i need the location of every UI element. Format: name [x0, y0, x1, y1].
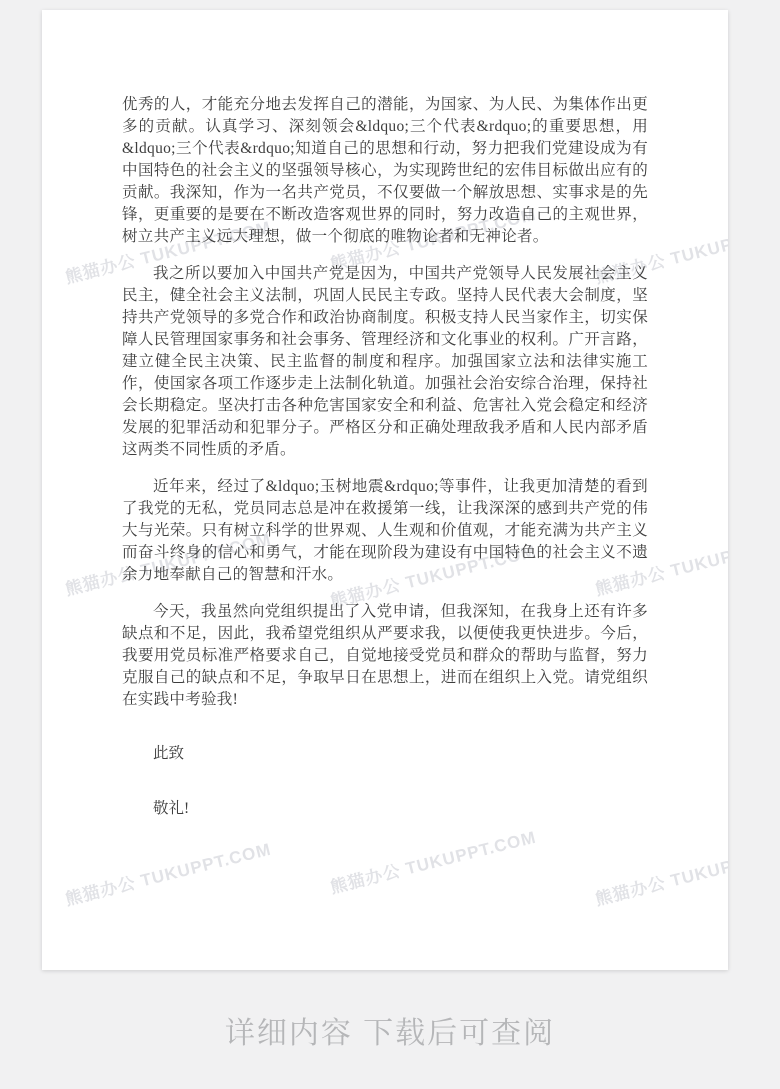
document-body: 优秀的人，才能充分地去发挥自己的潜能，为国家、为人民、为集体作出更多的贡献。认真… — [42, 10, 728, 820]
download-hint-bar: 详细内容 下载后可查阅 — [0, 970, 780, 1089]
download-hint-text: 详细内容 下载后可查阅 — [225, 1008, 555, 1052]
closing-regards: 敬礼! — [122, 798, 648, 820]
watermark-text: 熊猫办公 TUKUPPT.COM — [592, 835, 728, 910]
paragraph-1: 优秀的人，才能充分地去发挥自己的潜能，为国家、为人民、为集体作出更多的贡献。认真… — [122, 94, 648, 248]
watermark-text: 熊猫办公 TUKUPPT.COM — [62, 835, 273, 910]
document-page: 熊猫办公 TUKUPPT.COM 熊猫办公 TUKUPPT.COM 熊猫办公 T… — [42, 10, 728, 970]
paragraph-3: 近年来，经过了&ldquo;玉树地震&rdquo;等事件，让我更加清楚的看到了我… — [122, 476, 648, 586]
closing-salute: 此致 — [122, 743, 648, 765]
watermark-text: 熊猫办公 TUKUPPT.COM — [327, 823, 538, 898]
paragraph-2: 我之所以要加入中国共产党是因为，中国共产党领导人民发展社会主义民主，健全社会主义… — [122, 263, 648, 461]
paragraph-4: 今天，我虽然向党组织提出了入党申请，但我深知，在我身上还有许多缺点和不足，因此，… — [122, 601, 648, 711]
